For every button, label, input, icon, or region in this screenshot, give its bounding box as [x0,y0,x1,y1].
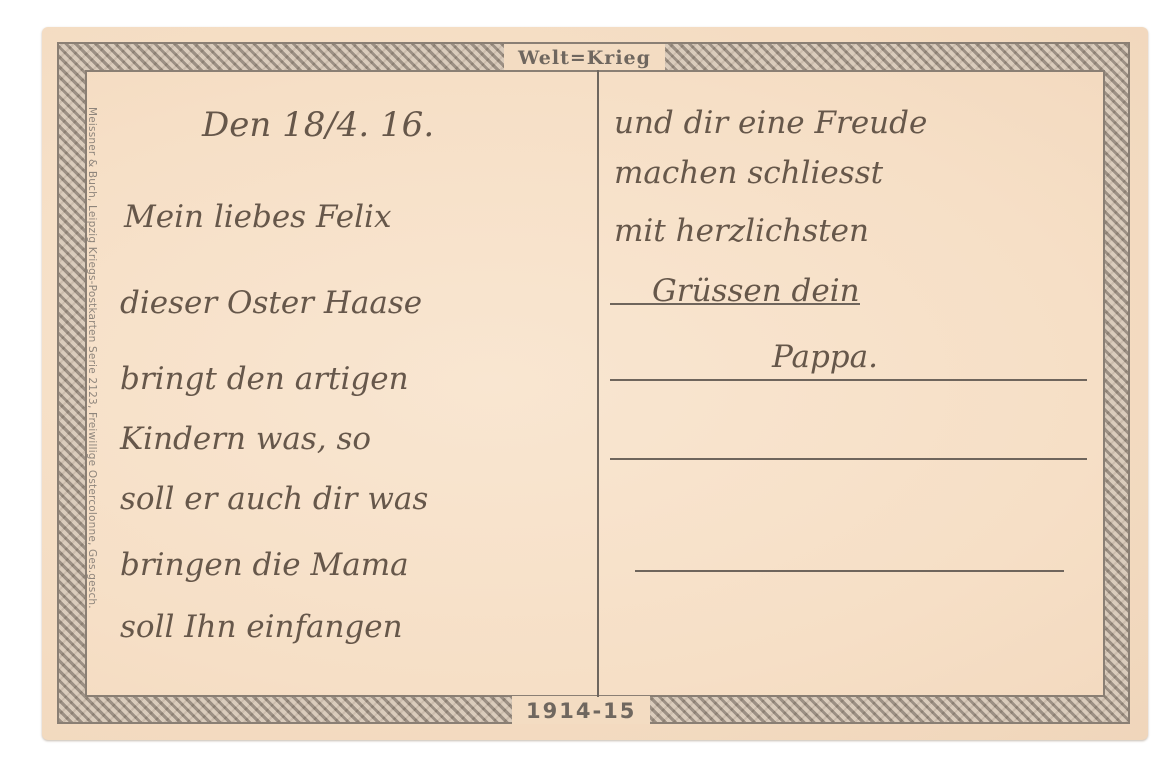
message-line: bringen die Mama [120,547,409,583]
message-line: soll er auch dir was [120,481,428,517]
address-rule [610,303,860,305]
address-side-line: mit herzlichsten [614,213,869,249]
message-line: dieser Oster Haase [120,285,422,321]
header-title: Welt=Krieg [504,44,665,70]
address-side-line: und dir eine Freude [614,105,927,141]
postcard: Welt=Krieg 1914-15 Meissner & Buch, Leip… [42,27,1148,740]
message-line: soll Ihn einfangen [120,609,403,645]
address-rule [610,379,1087,381]
publisher-imprint: Meissner & Buch, Leipzig Kriegs-Postkart… [84,107,98,707]
footer-years: 1914-15 [512,696,650,724]
center-divider [597,70,599,697]
message-line: Mein liebes Felix [124,199,391,235]
address-rule [635,570,1064,572]
signature: Pappa. [772,339,878,375]
message-date: Den 18/4. 16. [202,105,434,145]
address-side-line: machen schliesst [614,155,883,191]
message-line: bringt den artigen [120,361,409,397]
address-rule [610,458,1087,460]
message-line: Kindern was, so [120,421,371,457]
